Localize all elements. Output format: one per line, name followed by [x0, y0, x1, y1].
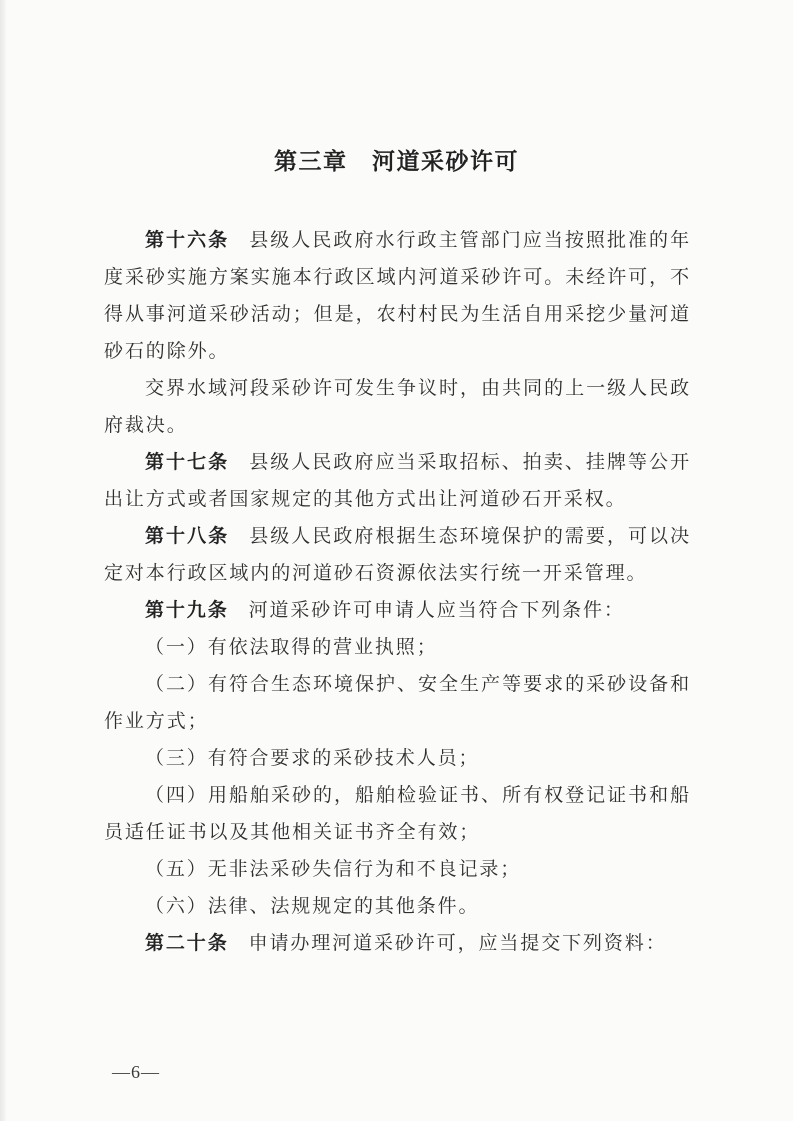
article-label: 第十六条	[145, 230, 229, 251]
paragraph: （五）无非法采砂失信行为和不良记录；	[104, 851, 691, 888]
document-body: 第十六条县级人民政府水行政主管部门应当按照批准的年度采砂实施方案实施本行政区域内…	[104, 222, 691, 962]
paragraph: （六）法律、法规规定的其他条件。	[104, 888, 691, 925]
paragraph-text: （六）法律、法规规定的其他条件。	[145, 896, 479, 917]
paragraph-text: （五）无非法采砂失信行为和不良记录；	[145, 859, 521, 880]
paragraph: （一）有依法取得的营业执照；	[104, 629, 691, 666]
paragraph-text: 申请办理河道采砂许可，应当提交下列资料：	[249, 933, 667, 954]
paragraph-text: （四）用船舶采砂的，船舶检验证书、所有权登记证书和船员适任证书以及其他相关证书齐…	[104, 785, 691, 843]
paragraph: 第十六条县级人民政府水行政主管部门应当按照批准的年度采砂实施方案实施本行政区域内…	[104, 222, 691, 370]
paragraph: 第二十条申请办理河道采砂许可，应当提交下列资料：	[104, 925, 691, 962]
paragraph-text: （三）有符合要求的采砂技术人员；	[145, 748, 479, 769]
article-label: 第十七条	[145, 452, 229, 473]
paragraph: （三）有符合要求的采砂技术人员；	[104, 740, 691, 777]
page-number: —6—	[112, 1062, 160, 1083]
paragraph-text: （二）有符合生态环境保护、安全生产等要求的采砂设备和作业方式；	[104, 674, 691, 732]
paragraph: 交界水域河段采砂许可发生争议时，由共同的上一级人民政府裁决。	[104, 370, 691, 444]
chapter-title: 第三章 河道采砂许可	[0, 143, 793, 176]
paragraph: 第十八条县级人民政府根据生态环境保护的需要，可以决定对本行政区域内的河道砂石资源…	[104, 518, 691, 592]
paragraph-text: 河道采砂许可申请人应当符合下列条件：	[249, 600, 625, 621]
paragraph: 第十九条河道采砂许可申请人应当符合下列条件：	[104, 592, 691, 629]
paragraph: （二）有符合生态环境保护、安全生产等要求的采砂设备和作业方式；	[104, 666, 691, 740]
article-label: 第二十条	[145, 933, 229, 954]
article-label: 第十八条	[145, 526, 229, 547]
paragraph: （四）用船舶采砂的，船舶检验证书、所有权登记证书和船员适任证书以及其他相关证书齐…	[104, 777, 691, 851]
paragraph-text: 交界水域河段采砂许可发生争议时，由共同的上一级人民政府裁决。	[104, 378, 691, 436]
paragraph: 第十七条县级人民政府应当采取招标、拍卖、挂牌等公开出让方式或者国家规定的其他方式…	[104, 444, 691, 518]
paragraph-text: （一）有依法取得的营业执照；	[145, 637, 438, 658]
article-label: 第十九条	[145, 600, 229, 621]
document-page: 第三章 河道采砂许可 第十六条县级人民政府水行政主管部门应当按照批准的年度采砂实…	[0, 0, 793, 1121]
